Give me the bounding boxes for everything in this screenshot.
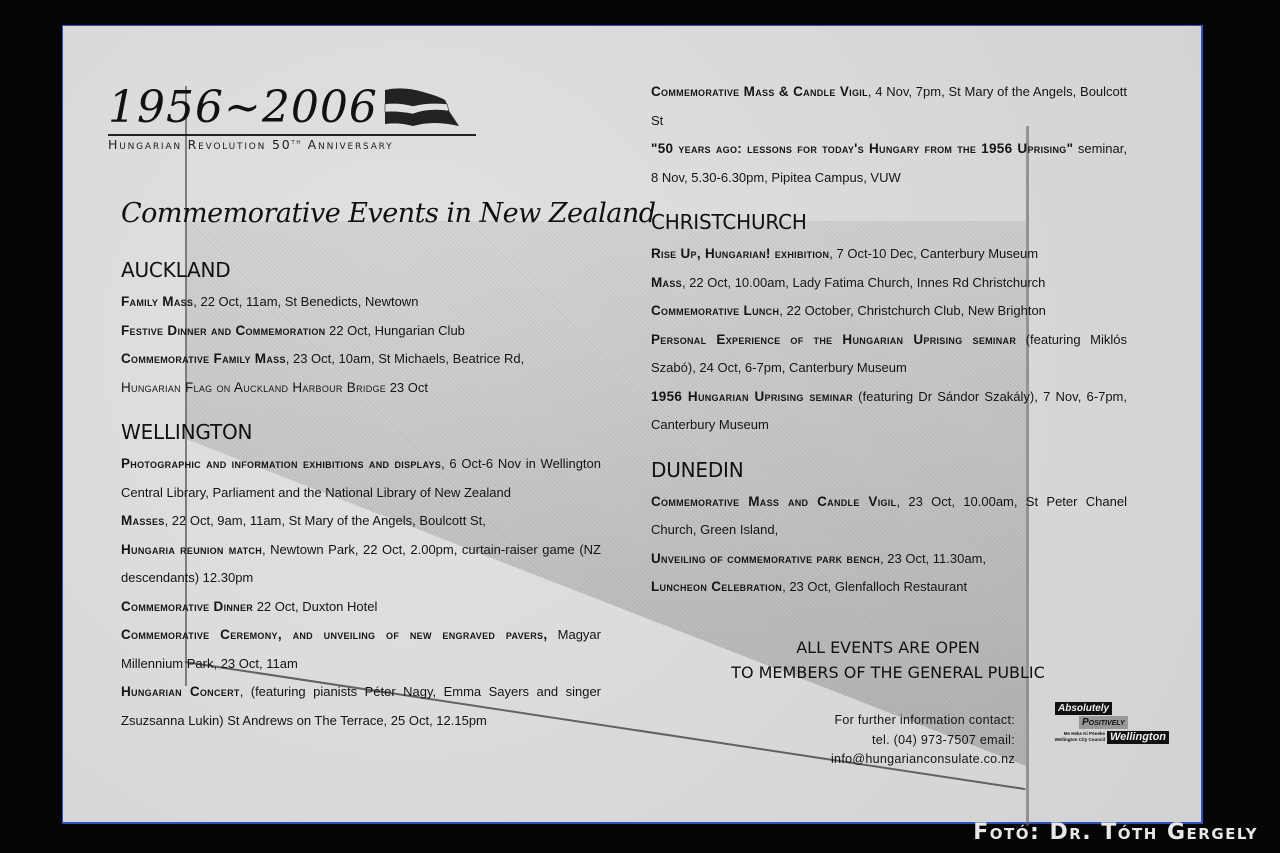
event-name: Commemorative Ceremony, and unveiling of… xyxy=(121,627,547,642)
event-details: , 22 Oct, 10.00am, Lady Fatima Church, I… xyxy=(682,275,1045,290)
event-name: Photographic and information exhibitions… xyxy=(121,456,441,471)
event-name: Commemorative Dinner xyxy=(121,599,253,614)
event-item: Mass, 22 Oct, 10.00am, Lady Fatima Churc… xyxy=(651,269,1127,298)
hungarian-flag-icon xyxy=(383,86,463,131)
open-to-public-note: ALL EVENTS ARE OPEN TO MEMBERS OF THE GE… xyxy=(693,635,1083,685)
logo-divider xyxy=(108,134,476,136)
event-name: Masses xyxy=(121,513,165,528)
event-item: Commemorative Family Mass, 23 Oct, 10am,… xyxy=(121,345,601,374)
event-item: Commemorative Ceremony, and unveiling of… xyxy=(121,621,601,678)
event-name: Commemorative Lunch xyxy=(651,303,779,318)
logo-subtitle: Hungarian Revolution 50th Anniversary xyxy=(108,137,488,152)
logo-tagline: Me Heke Ki Pōneke Wellington City Counci… xyxy=(1053,731,1105,743)
event-item: Photographic and information exhibitions… xyxy=(121,450,601,507)
event-item: Commemorative Mass and Candle Vigil, 23 … xyxy=(651,488,1127,545)
event-item: Commemorative Dinner 22 Oct, Duxton Hote… xyxy=(121,593,601,622)
dunedin-events: Commemorative Mass and Candle Vigil, 23 … xyxy=(651,488,1127,602)
event-details: 22 Oct, Hungarian Club xyxy=(325,323,464,338)
event-item: Unveiling of commemorative park bench, 2… xyxy=(651,545,1127,574)
open-note-line1: ALL EVENTS ARE OPEN xyxy=(693,635,1083,660)
dunedin-heading: DUNEDIN xyxy=(651,458,1127,482)
logo-word-positively: Positively xyxy=(1079,716,1128,729)
event-name: Rise Up, Hungarian! exhibition xyxy=(651,246,829,261)
event-name: Mass xyxy=(651,275,682,290)
open-note-line2: TO MEMBERS OF THE GENERAL PUBLIC xyxy=(693,660,1083,685)
event-item: Festive Dinner and Commemoration 22 Oct,… xyxy=(121,317,601,346)
event-item: Rise Up, Hungarian! exhibition, 7 Oct-10… xyxy=(651,240,1127,269)
event-details: 23 Oct xyxy=(386,380,428,395)
wellington-events-continued: Commemorative Mass & Candle Vigil, 4 Nov… xyxy=(651,78,1127,192)
contact-email: info@hungarianconsulate.co.nz xyxy=(783,750,1015,770)
event-details: , 23 Oct, Glenfalloch Restaurant xyxy=(782,579,967,594)
event-name: "50 years ago: lessons for today's Hunga… xyxy=(651,141,1073,156)
event-item: Hungaria reunion match, Newtown Park, 22… xyxy=(121,536,601,593)
event-item: Commemorative Lunch, 22 October, Christc… xyxy=(651,297,1127,326)
christchurch-heading: CHRISTCHURCH xyxy=(651,210,1127,234)
wellington-heading: WELLINGTON xyxy=(121,420,601,444)
flyer-paper: 1956~2006 Hungarian Revolution 50th Anni… xyxy=(62,25,1203,824)
right-column: Commemorative Mass & Candle Vigil, 4 Nov… xyxy=(651,78,1127,602)
event-item: Masses, 22 Oct, 9am, 11am, St Mary of th… xyxy=(121,507,601,536)
event-details: , 7 Oct-10 Dec, Canterbury Museum xyxy=(829,246,1038,261)
event-name: Commemorative Mass and Candle Vigil xyxy=(651,494,896,509)
event-details: 22 Oct, Duxton Hotel xyxy=(253,599,377,614)
event-details: , 23 Oct, 11.30am, xyxy=(880,551,986,566)
left-column: AUCKLAND Family Mass, 22 Oct, 11am, St B… xyxy=(121,258,601,735)
anniversary-logo: 1956~2006 Hungarian Revolution 50th Anni… xyxy=(108,84,488,152)
christchurch-events: Rise Up, Hungarian! exhibition, 7 Oct-10… xyxy=(651,240,1127,440)
event-item: "50 years ago: lessons for today's Hunga… xyxy=(651,135,1127,192)
event-details: , 22 October, Christchurch Club, New Bri… xyxy=(779,303,1046,318)
event-item: Family Mass, 22 Oct, 11am, St Benedicts,… xyxy=(121,288,601,317)
event-item: 1956 Hungarian Uprising seminar (featuri… xyxy=(651,383,1127,440)
event-name: Hungarian Flag on Auckland Harbour Bridg… xyxy=(121,380,386,395)
contact-info: For further information contact: tel. (0… xyxy=(783,711,1015,770)
event-details: , 23 Oct, 10am, St Michaels, Beatrice Rd… xyxy=(286,351,524,366)
contact-phone: tel. (04) 973-7507 email: xyxy=(783,731,1015,751)
event-name: Festive Dinner and Commemoration xyxy=(121,323,325,338)
event-details: , 22 Oct, 11am, St Benedicts, Newtown xyxy=(193,294,418,309)
event-name: Commemorative Family Mass xyxy=(121,351,286,366)
event-name: Commemorative Mass & Candle Vigil xyxy=(651,84,868,99)
logo-word-wellington: Wellington xyxy=(1107,731,1169,744)
event-name: Hungaria reunion match xyxy=(121,542,262,557)
event-name: Family Mass xyxy=(121,294,193,309)
flyer-title: Commemorative Events in New Zealand xyxy=(121,198,656,229)
event-item: Commemorative Mass & Candle Vigil, 4 Nov… xyxy=(651,78,1127,135)
auckland-heading: AUCKLAND xyxy=(121,258,601,282)
event-item: Luncheon Celebration, 23 Oct, Glenfalloc… xyxy=(651,573,1127,602)
event-item: Personal Experience of the Hungarian Upr… xyxy=(651,326,1127,383)
auckland-events: Family Mass, 22 Oct, 11am, St Benedicts,… xyxy=(121,288,601,402)
event-name: 1956 Hungarian Uprising seminar xyxy=(651,389,853,404)
contact-line1: For further information contact: xyxy=(783,711,1015,731)
event-name: Unveiling of commemorative park bench xyxy=(651,551,880,566)
event-item: Hungarian Flag on Auckland Harbour Bridg… xyxy=(121,374,601,403)
photo-credit: Fotó: Dr. Tóth Gergely xyxy=(973,820,1258,845)
event-name: Hungarian Concert xyxy=(121,684,240,699)
wellington-city-logo: Absolutely Positively Me Heke Ki Pōneke … xyxy=(1053,700,1168,750)
logo-word-absolutely: Absolutely xyxy=(1055,702,1112,715)
event-details: , 22 Oct, 9am, 11am, St Mary of the Ange… xyxy=(165,513,486,528)
event-item: Hungarian Concert, (featuring pianists P… xyxy=(121,678,601,735)
event-name: Personal Experience of the Hungarian Upr… xyxy=(651,332,1016,347)
event-name: Luncheon Celebration xyxy=(651,579,782,594)
wellington-events: Photographic and information exhibitions… xyxy=(121,450,601,735)
